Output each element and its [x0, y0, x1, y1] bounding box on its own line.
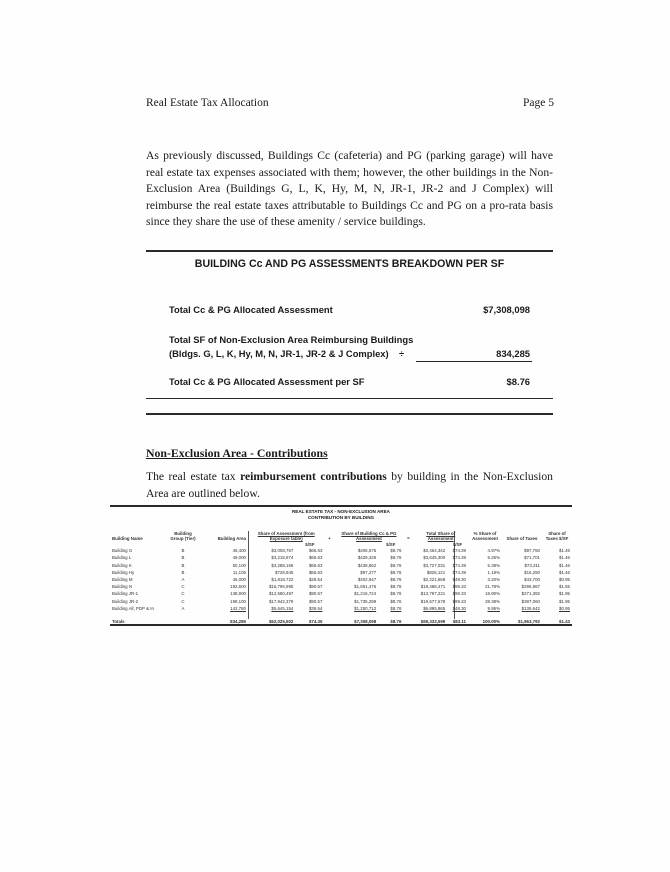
cell-group: B: [166, 547, 200, 554]
cell-assess-psf: $39.54: [295, 605, 324, 612]
cell-assess: $3,288,169: [248, 562, 295, 569]
cell-taxes-psf: $1.46: [542, 562, 572, 569]
document-page: Real Estate Tax Allocation Page 5 As pre…: [0, 0, 670, 872]
cell-assess-psf: $65.63: [295, 562, 324, 569]
cell-name: Building JR-2: [110, 598, 166, 605]
cell-ccpg: $1,250,712: [334, 605, 378, 612]
breakdown-row1-label: Total Cc & PG Allocated Assessment: [169, 304, 333, 315]
th-plus: +: [324, 531, 334, 542]
breakdown-row2-value: 834,285: [430, 348, 530, 359]
th-taxes-psf: Share of Taxes $/SF: [542, 531, 572, 542]
cell-pct: 5.26%: [468, 554, 502, 561]
cell-taxes: $296,987: [502, 583, 542, 590]
th-share-taxes: Share of Taxes: [502, 531, 542, 542]
cell-pct: 28.38%: [468, 598, 502, 605]
table-row: Building JR-2C198,100$17,942,379$90.57$1…: [110, 598, 572, 605]
table-row: Building MA46,000$1,818,722$29.54$402,94…: [110, 576, 572, 583]
division-operator: ÷: [399, 348, 404, 359]
section-title: Non-Exclusion Area - Contributions: [146, 446, 328, 461]
th-share-building-label: Share of Building Cc & PG Assessment: [341, 531, 396, 541]
cell-assess: $3,008,767: [248, 547, 295, 554]
cell-area: 11,105: [200, 569, 248, 576]
cell-taxes: $73,311: [502, 562, 542, 569]
cell-taxes-psf: $0.95: [542, 576, 572, 583]
table-title-2: CONTRIBUTION BY BUILDING: [110, 515, 572, 521]
cell-area: 46,000: [200, 576, 248, 583]
cell-area: 138,900: [200, 590, 248, 597]
box-bottom-rule: [146, 413, 553, 415]
cell-assess-psf: $90.57: [295, 583, 324, 590]
cell-total: $826,121: [413, 569, 447, 576]
cell-name: Building N: [110, 583, 166, 590]
th-building-group: Building Group (Tier): [166, 531, 200, 542]
cell-ccpg-psf: $8.76: [378, 583, 403, 590]
para-bold-text: reimbursement contributions: [240, 470, 387, 483]
cell-name: Building L: [110, 554, 166, 561]
breakdown-title: BUILDING Cc AND PG ASSESSMENTS BREAKDOWN…: [146, 258, 553, 270]
cell-assess-psf: $90.57: [295, 598, 324, 605]
th-share-assessment-label: Share of Assessment (from Exposure table…: [258, 531, 315, 541]
cell-name: Building JR-1: [110, 590, 166, 597]
cell-ccpg: $429,326: [334, 554, 378, 561]
cell-total-psf: $74.39: [447, 562, 468, 569]
cell-pct: 19.90%: [468, 590, 502, 597]
table-row: Building HyB11,105$728,845$65.63$97,277$…: [110, 569, 572, 576]
cell-total-psf: $99.33: [447, 590, 468, 597]
th-total-share: Total Share of Assessment: [413, 531, 468, 542]
table-row: Building GB46,400$3,008,767$65.63$406,57…: [110, 547, 572, 554]
table-row: Building KB50,100$3,288,169$65.63$438,86…: [110, 562, 572, 569]
cell-assess: $16,796,995: [248, 583, 295, 590]
cell-taxes: $271,392: [502, 590, 542, 597]
breakdown-row2-label-line2: (Bldgs. G, L, K, Hy, M, N, JR-1, JR-2 & …: [169, 348, 389, 359]
cell-total: $3,727,031: [413, 562, 447, 569]
cell-assess: $3,215,974: [248, 554, 295, 561]
table-row: Building All, PDP & InA142,780$5,645,154…: [110, 605, 572, 612]
cell-assess-psf: $29.54: [295, 576, 324, 583]
cell-pct: 4.97%: [468, 547, 502, 554]
cell-area: 198,100: [200, 598, 248, 605]
cell-total: $19,677,678: [413, 598, 447, 605]
cell-taxes: $135,642: [502, 605, 542, 612]
intro-paragraph: As previously discussed, Buildings Cc (c…: [146, 148, 553, 231]
cell-taxes: $71,701: [502, 554, 542, 561]
cell-taxes: $43,700: [502, 576, 542, 583]
breakdown-row2-label-line1: Total SF of Non-Exclusion Area Reimbursi…: [169, 334, 413, 345]
box-top-rule: [146, 250, 553, 252]
cell-ccpg: $1,216,724: [334, 590, 378, 597]
cell-total: $13,797,221: [413, 590, 447, 597]
cell-ccpg-psf: $8.76: [378, 569, 403, 576]
cell-total-psf: $48.30: [447, 605, 468, 612]
cell-total: $6,895,865: [413, 605, 447, 612]
cell-assess-psf: $65.63: [295, 554, 324, 561]
cell-assess-psf: $65.63: [295, 569, 324, 576]
cell-area: 192,600: [200, 583, 248, 590]
breakdown-row3-label: Total Cc & PG Allocated Assessment per S…: [169, 376, 365, 387]
cell-assess-psf: $90.57: [295, 590, 324, 597]
cell-group: A: [166, 576, 200, 583]
cell-ccpg-psf: $8.76: [378, 590, 403, 597]
cell-name: Building G: [110, 547, 166, 554]
cell-ccpg: $406,575: [334, 547, 378, 554]
cell-pct: 21.78%: [468, 583, 502, 590]
cell-ccpg-psf: $8.76: [378, 605, 403, 612]
cell-assess: $17,942,379: [248, 598, 295, 605]
cell-ccpg: $1,691,476: [334, 583, 378, 590]
table-row: Building JR-1C138,900$12,580,497$90.57$1…: [110, 590, 572, 597]
cell-taxes-psf: $1.46: [542, 569, 572, 576]
table-bottom-rule: [110, 624, 572, 626]
cell-area: 50,100: [200, 562, 248, 569]
cell-assess: $1,818,722: [248, 576, 295, 583]
cell-group: B: [166, 554, 200, 561]
cell-taxes-psf: $1.95: [542, 590, 572, 597]
cell-pct: 9.95%: [468, 605, 502, 612]
cell-pct: 3.20%: [468, 576, 502, 583]
cell-ccpg-psf: $8.76: [378, 547, 403, 554]
cell-total-psf: $74.39: [447, 569, 468, 576]
cell-taxes-psf: $1.46: [542, 554, 572, 561]
box-mid-rule: [146, 398, 553, 399]
cell-ccpg-psf: $8.76: [378, 598, 403, 605]
section-paragraph: The real estate tax reimbursement contri…: [146, 469, 553, 502]
cell-total-psf: $99.33: [447, 583, 468, 590]
cell-total-psf: $99.33: [447, 598, 468, 605]
th-building-area: Building Area: [200, 531, 248, 542]
cell-total: $2,221,668: [413, 576, 447, 583]
cell-taxes: $97,750: [502, 547, 542, 554]
cell-area: 46,400: [200, 547, 248, 554]
cell-total: $18,488,471: [413, 583, 447, 590]
th-share-assessment: Share of Assessment (from Exposure table…: [248, 531, 324, 542]
cell-taxes: $387,060: [502, 598, 542, 605]
th-equals: =: [403, 531, 413, 542]
th-pct-share: % Share of Assessment: [468, 531, 502, 542]
cell-total: $3,645,300: [413, 554, 447, 561]
table-row: Building NC192,600$16,796,995$90.57$1,69…: [110, 583, 572, 590]
cell-total: $3,464,342: [413, 547, 447, 554]
table-top-rule: [110, 505, 572, 507]
cell-name: Building K: [110, 562, 166, 569]
cell-group: B: [166, 562, 200, 569]
th-building-name: Building Name: [110, 531, 166, 542]
cell-name: Building M: [110, 576, 166, 583]
cell-total-psf: $48.30: [447, 576, 468, 583]
th-total-share-label: Total Share of Assessment: [426, 531, 455, 541]
cell-assess: $5,645,154: [248, 605, 295, 612]
contribution-table: Building Name Building Group (Tier) Buil…: [110, 531, 572, 625]
page-number: Page 5: [523, 97, 554, 109]
cell-name: Building Hy: [110, 569, 166, 576]
cell-ccpg: $438,862: [334, 562, 378, 569]
cell-name: Building All, PDP & In: [110, 605, 166, 612]
cell-ccpg: $97,277: [334, 569, 378, 576]
cell-group: C: [166, 590, 200, 597]
cell-area: 142,780: [200, 605, 248, 612]
cell-ccpg: $402,947: [334, 576, 378, 583]
cell-total-psf: $74.39: [447, 547, 468, 554]
cell-area: 49,000: [200, 554, 248, 561]
cell-pct: 5.38%: [468, 562, 502, 569]
table-row: Building LB49,000$3,215,974$65.63$429,32…: [110, 554, 572, 561]
header-title: Real Estate Tax Allocation: [146, 97, 269, 109]
cell-taxes-psf: $0.95: [542, 605, 572, 612]
cell-pct: 1.19%: [468, 569, 502, 576]
cell-total-psf: $74.39: [447, 554, 468, 561]
cell-ccpg-psf: $8.76: [378, 554, 403, 561]
row2-underline: [416, 361, 532, 362]
para-text: The real estate tax: [146, 470, 240, 483]
breakdown-row3-value: $8.76: [430, 376, 530, 387]
cell-taxes-psf: $1.95: [542, 598, 572, 605]
cell-group: C: [166, 598, 200, 605]
cell-taxes-psf: $1.46: [542, 547, 572, 554]
cell-ccpg-psf: $8.76: [378, 562, 403, 569]
cell-taxes: $16,250: [502, 569, 542, 576]
cell-assess: $728,845: [248, 569, 295, 576]
breakdown-row1-value: $7,308,098: [430, 304, 530, 315]
cell-ccpg-psf: $8.76: [378, 576, 403, 583]
cell-group: C: [166, 583, 200, 590]
cell-group: B: [166, 569, 200, 576]
cell-ccpg: $1,735,299: [334, 598, 378, 605]
cell-group: A: [166, 605, 200, 612]
cell-assess-psf: $65.63: [295, 547, 324, 554]
cell-assess: $12,580,497: [248, 590, 295, 597]
th-share-building: Share of Building Cc & PG Assessment: [334, 531, 403, 542]
cell-taxes-psf: $1.55: [542, 583, 572, 590]
